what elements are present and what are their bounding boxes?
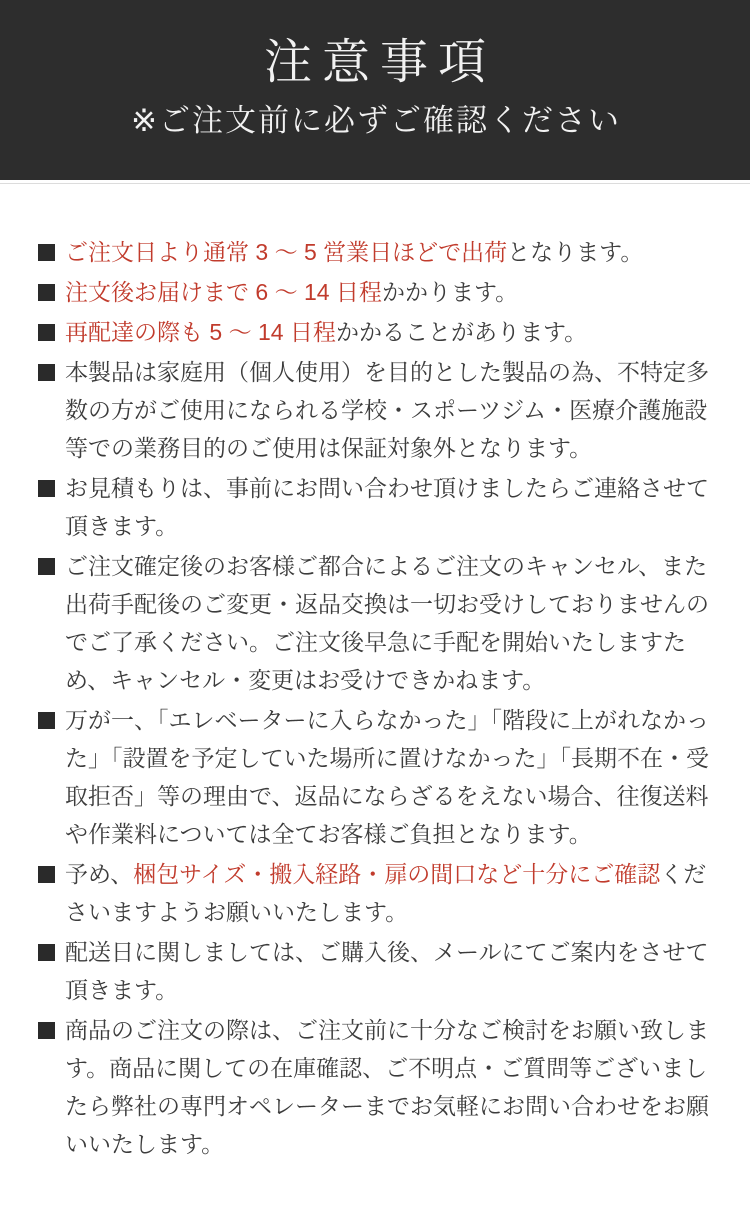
notice-item-redelivery: 再配達の際も 5 ～ 14 日程かかることがあります。	[38, 313, 710, 351]
notice-text: 配送日に関しましては、ご購入後、メールにてご案内をさせて頂きます。	[65, 939, 709, 1003]
notice-text: 商品のご注文の際は、ご注文前に十分なご検討をお願い致します。商品に関しての在庫確…	[65, 1017, 709, 1157]
notice-page: 注意事項 ※ご注文前に必ずご確認ください ご注文日より通常 3 ～ 5 営業日ほ…	[0, 0, 750, 1206]
notice-text: お見積もりは、事前にお問い合わせ頂けましたらご連絡させて頂きます。	[65, 475, 709, 539]
notice-item-delivery-date-mail: 配送日に関しましては、ご購入後、メールにてご案内をさせて頂きます。	[38, 933, 710, 1009]
square-bullet-icon	[38, 324, 55, 341]
notice-text: かかることがあります。	[336, 319, 587, 345]
notice-text: 本製品は家庭用（個人使用）を目的とした製品の為、不特定多数の方がご使用になられる…	[65, 359, 709, 461]
notice-item-return-costs: 万が一、「エレベーターに入らなかった」「階段に上がれなかった」「設置を予定してい…	[38, 701, 710, 853]
notice-item-cancel-policy: ご注文確定後のお客様ご都合によるご注文のキャンセル、また出荷手配後のご変更・返品…	[38, 547, 710, 699]
square-bullet-icon	[38, 712, 55, 729]
square-bullet-icon	[38, 944, 55, 961]
square-bullet-icon	[38, 480, 55, 497]
notice-list: ご注文日より通常 3 ～ 5 営業日ほどで出荷となります。 注文後お届けまで 6…	[0, 184, 750, 1163]
square-bullet-icon	[38, 284, 55, 301]
notice-text: 万が一、「エレベーターに入らなかった」「階段に上がれなかった」「設置を予定してい…	[65, 707, 709, 847]
notice-item-estimate: お見積もりは、事前にお問い合わせ頂けましたらご連絡させて頂きます。	[38, 469, 710, 545]
square-bullet-icon	[38, 1022, 55, 1039]
notice-text-highlight: 注文後お届けまで 6 ～ 14 日程	[65, 279, 382, 305]
notice-text-highlight: ご注文日より通常 3 ～ 5 営業日ほどで出荷	[65, 239, 507, 265]
notice-text: となります。	[507, 239, 643, 265]
notice-item-delivery-days: 注文後お届けまで 6 ～ 14 日程かかります。	[38, 273, 710, 311]
square-bullet-icon	[38, 866, 55, 883]
notice-text: 予め、	[65, 861, 133, 887]
square-bullet-icon	[38, 364, 55, 381]
notice-text-highlight: 再配達の際も 5 ～ 14 日程	[65, 319, 336, 345]
notice-item-size-check: 予め、梱包サイズ・搬入経路・扉の間口など十分にご確認くださいますようお願いいたし…	[38, 855, 710, 931]
notice-item-consideration: 商品のご注文の際は、ご注文前に十分なご検討をお願い致します。商品に関しての在庫確…	[38, 1011, 710, 1163]
notice-header: 注意事項 ※ご注文前に必ずご確認ください	[0, 0, 750, 180]
page-subtitle: ※ご注文前に必ずご確認ください	[129, 102, 621, 139]
page-title: 注意事項	[254, 35, 496, 90]
square-bullet-icon	[38, 558, 55, 575]
square-bullet-icon	[38, 244, 55, 261]
notice-text-highlight: 梱包サイズ・搬入経路・扉の間口など十分にご確認	[133, 861, 660, 887]
notice-item-shipping-leadtime: ご注文日より通常 3 ～ 5 営業日ほどで出荷となります。	[38, 233, 710, 271]
notice-text: かかります。	[382, 279, 518, 305]
notice-item-home-use-warranty: 本製品は家庭用（個人使用）を目的とした製品の為、不特定多数の方がご使用になられる…	[38, 353, 710, 467]
notice-text: ご注文確定後のお客様ご都合によるご注文のキャンセル、また出荷手配後のご変更・返品…	[65, 553, 709, 693]
